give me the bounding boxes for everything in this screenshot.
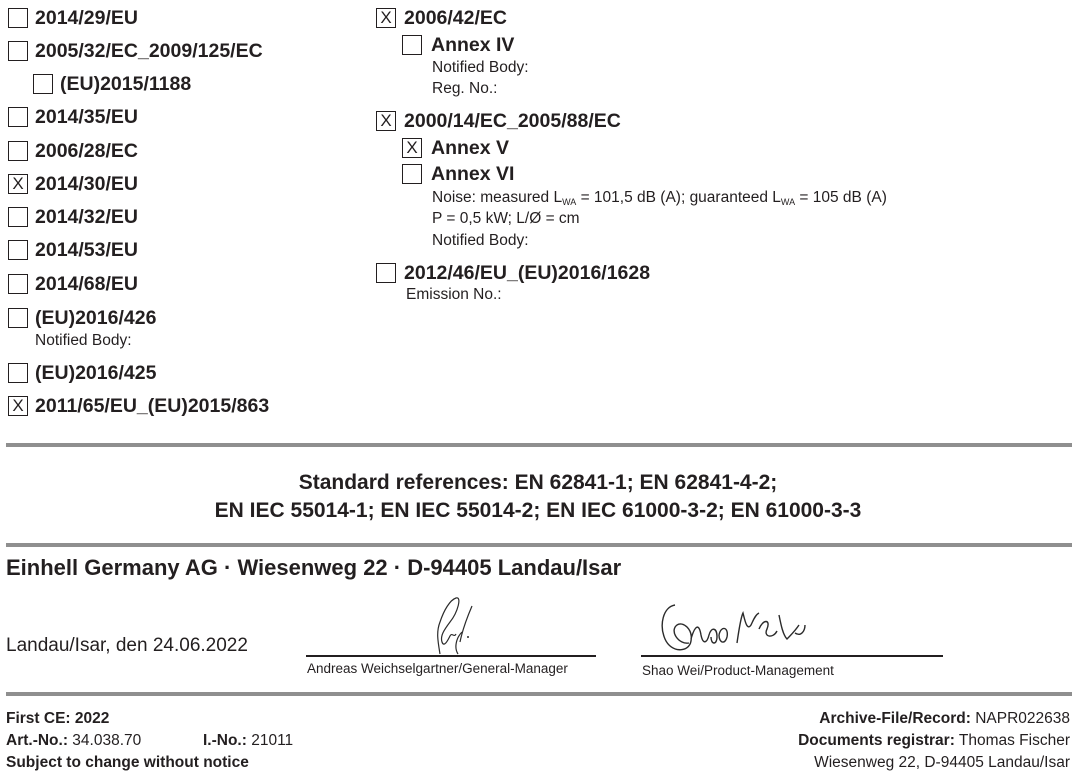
signature-caption-product-management: Shao Wei/Product-Management xyxy=(642,663,834,678)
guaranteed-value: = 105 dB (A) xyxy=(795,189,887,206)
directive-label: (EU)2015/1188 xyxy=(60,73,191,95)
directive-label: 2014/32/EU xyxy=(35,206,138,228)
company-address: Einhell Germany AG · Wiesenweg 22 · D-94… xyxy=(6,555,621,581)
registrar-value: Thomas Fischer xyxy=(955,732,1070,749)
standard-references-line1: Standard references: EN 62841-1; EN 6284… xyxy=(0,469,1076,497)
i-no-value: 21011 xyxy=(247,732,293,749)
checkbox-annex-iv[interactable] xyxy=(402,35,422,55)
checkbox-2005-32-ec[interactable] xyxy=(8,41,28,61)
directive-label: 2006/28/EC xyxy=(35,140,138,162)
archive-record: Archive-File/Record: NAPR022638 xyxy=(819,708,1070,730)
first-ce: First CE: 2022 xyxy=(6,708,109,730)
signature-line xyxy=(641,655,943,657)
checkbox-eu-2015-1188[interactable] xyxy=(33,74,53,94)
noise-prefix: Noise: measured L xyxy=(432,189,562,206)
annex-iv-label: Annex IV xyxy=(431,34,514,56)
checkbox-eu-2016-426[interactable] xyxy=(8,308,28,328)
checkbox-2014-32-eu[interactable] xyxy=(8,207,28,227)
signature-caption-general-manager: Andreas Weichselgartner/General-Manager xyxy=(307,661,568,676)
checkbox-2014-53-eu[interactable] xyxy=(8,240,28,260)
divider xyxy=(6,543,1072,547)
place-date: Landau/Isar, den 24.06.2022 xyxy=(6,635,248,657)
directive-label: 2014/35/EU xyxy=(35,106,138,128)
checkbox-2012-46-eu[interactable] xyxy=(376,263,396,283)
first-ce-label: First CE: xyxy=(6,710,71,727)
archive-value: NAPR022638 xyxy=(971,710,1070,727)
directive-label: 2014/30/EU xyxy=(35,173,138,195)
power-line: P = 0,5 kW; L/Ø = cm xyxy=(432,210,580,228)
directive-label: 2006/42/EC xyxy=(404,7,507,29)
subject-to-change: Subject to change without notice xyxy=(6,752,249,774)
documents-registrar: Documents registrar: Thomas Fischer xyxy=(798,730,1070,752)
annex-vi-label: Annex VI xyxy=(431,163,514,185)
directive-label: (EU)2016/425 xyxy=(35,362,156,384)
checkbox-annex-v[interactable]: X xyxy=(402,138,422,158)
directive-label: 2014/68/EU xyxy=(35,273,138,295)
checkbox-2006-42-ec[interactable]: X xyxy=(376,8,396,28)
registrar-address: Wiesenweg 22, D-94405 Landau/Isar xyxy=(814,752,1070,774)
notified-body-label: Notified Body: xyxy=(35,332,132,350)
directive-label: 2005/32/EC_2009/125/EC xyxy=(35,40,263,62)
directive-label: 2011/65/EU_(EU)2015/863 xyxy=(35,395,269,417)
checkbox-2011-65-eu[interactable]: X xyxy=(8,396,28,416)
subscript-wa: WA xyxy=(781,197,795,207)
checkbox-annex-vi[interactable] xyxy=(402,164,422,184)
notified-body-label: Notified Body: xyxy=(432,232,529,250)
directive-label: 2012/46/EU_(EU)2016/1628 xyxy=(404,262,650,284)
i-no: I.-No.: 21011 xyxy=(203,730,293,752)
directive-label: 2014/29/EU xyxy=(35,7,138,29)
emission-no-label: Emission No.: xyxy=(406,286,502,304)
checkbox-2014-35-eu[interactable] xyxy=(8,107,28,127)
i-no-label: I.-No.: xyxy=(203,732,247,749)
archive-label: Archive-File/Record: xyxy=(819,710,971,727)
art-no-value: 34.038.70 xyxy=(68,732,141,749)
measured-value: = 101,5 dB (A); guaranteed L xyxy=(576,189,781,206)
checkbox-eu-2016-425[interactable] xyxy=(8,363,28,383)
checkbox-2014-68-eu[interactable] xyxy=(8,274,28,294)
annex-v-label: Annex V xyxy=(431,137,509,159)
art-no: Art.-No.: 34.038.70 xyxy=(6,730,141,752)
checkbox-2006-28-ec[interactable] xyxy=(8,141,28,161)
noise-values: Noise: measured LWA = 101,5 dB (A); guar… xyxy=(432,189,887,211)
art-no-label: Art.-No.: xyxy=(6,732,68,749)
directive-label: (EU)2016/426 xyxy=(35,307,156,329)
signature-line xyxy=(306,655,596,657)
subscript-wa: WA xyxy=(562,197,576,207)
registrar-label: Documents registrar: xyxy=(798,732,955,749)
first-ce-value: 2022 xyxy=(75,710,109,727)
notified-body-label: Notified Body: xyxy=(432,59,529,77)
divider xyxy=(6,443,1072,447)
directive-label: 2014/53/EU xyxy=(35,239,138,261)
checkbox-2014-30-eu[interactable]: X xyxy=(8,174,28,194)
reg-no-label: Reg. No.: xyxy=(432,80,497,98)
checkbox-2014-29-eu[interactable] xyxy=(8,8,28,28)
signature-andreas-icon xyxy=(410,592,500,662)
standard-references-line2: EN IEC 55014-1; EN IEC 55014-2; EN IEC 6… xyxy=(0,497,1076,525)
divider xyxy=(6,692,1072,696)
checkbox-2000-14-ec[interactable]: X xyxy=(376,111,396,131)
directive-label: 2000/14/EC_2005/88/EC xyxy=(404,110,621,132)
